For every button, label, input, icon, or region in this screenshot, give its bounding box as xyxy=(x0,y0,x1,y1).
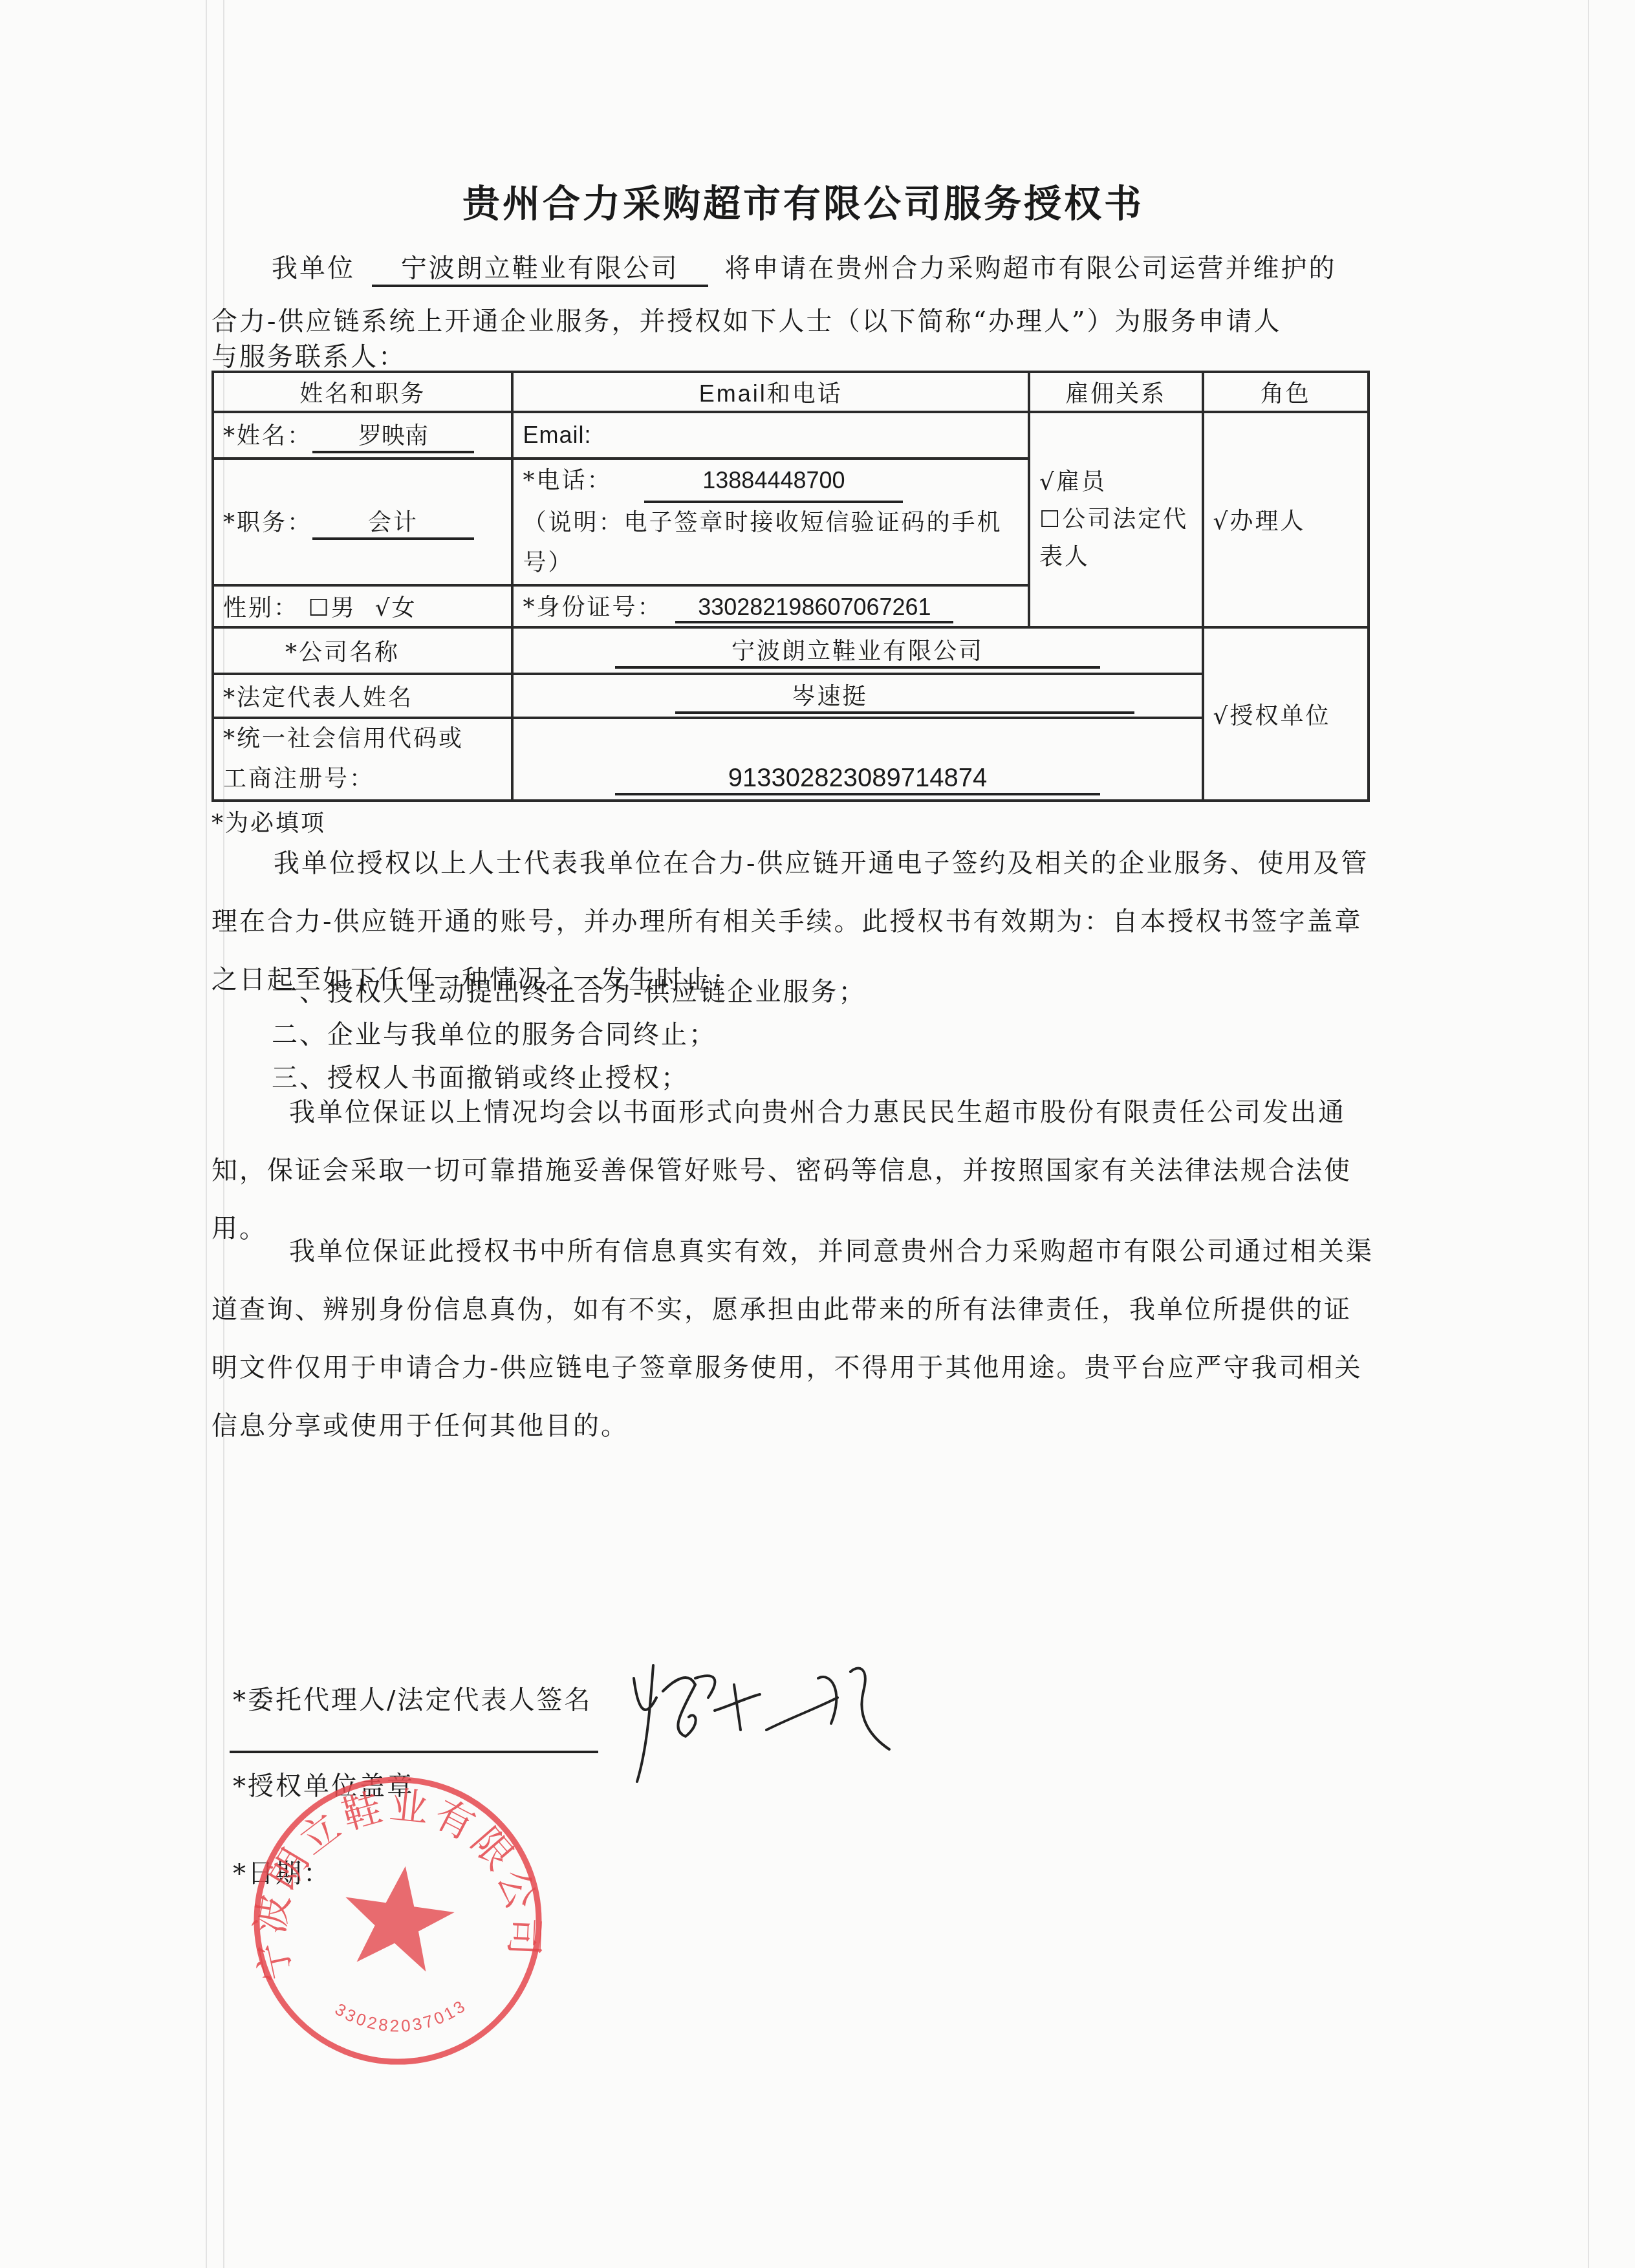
intro-company-field: 宁波朗立鞋业有限公司 xyxy=(372,248,708,287)
gender-label: 性别： xyxy=(223,595,299,621)
table-row: *法定代表人姓名 岑速挺 xyxy=(213,674,1369,718)
company-value: 宁波朗立鞋业有限公司 xyxy=(615,633,1100,669)
intro-prefix: 我单位 xyxy=(272,254,355,283)
legal-rep-label: *法定代表人姓名 xyxy=(213,674,512,718)
role-unit-cell: √授权单位 xyxy=(1203,627,1369,801)
email-cell: Email: xyxy=(512,412,1029,459)
email-label: Email: xyxy=(523,422,591,448)
document-title: 贵州合力采购超市有限公司服务授权书 xyxy=(462,173,1103,228)
intro-line-2: 合力-供应链系统上开通企业服务，并授权如下人士（以下简称“办理人”）为服务申请人 xyxy=(211,301,1281,338)
credit-code-cell: 91330282308971487​4 xyxy=(512,718,1202,801)
intro-line-1: 我单位 宁波朗立鞋业有限公司 将申请在贵州合力采购超市有限公司运营并维护的 xyxy=(272,248,1336,287)
signature-underline xyxy=(230,1751,598,1753)
applicant-table: 姓名和职务 Email和电话 雇佣关系 角色 *姓名：罗映南 Email: √雇… xyxy=(211,371,1370,802)
table-row: *统一社会信用代码或 工商注册号： 91330282308971487​4 xyxy=(213,718,1369,801)
company-cell: 宁波朗立鞋业有限公司 xyxy=(512,627,1202,674)
header-role: 角色 xyxy=(1203,372,1369,412)
position-cell: *职务：会计 xyxy=(213,459,512,585)
table-header-row: 姓名和职务 Email和电话 雇佣关系 角色 xyxy=(213,372,1369,412)
legal-rep-value: 岑速挺 xyxy=(675,678,1134,714)
name-value: 罗映南 xyxy=(312,418,474,453)
phone-value: 13884448700 xyxy=(644,460,903,503)
company-seal: 宁波朗立鞋业有限公司 3302820370133 xyxy=(249,1772,547,2069)
signature-label: *委托代理人/法定代表人签名 xyxy=(233,1679,592,1716)
role-agent: √办理人 xyxy=(1213,508,1306,535)
company-label: *公司名称 xyxy=(213,627,512,674)
gender-cell: 性别： ☐男 √女 xyxy=(213,585,512,627)
name-cell: *姓名：罗映南 xyxy=(213,412,512,459)
phone-note: （说明：电子签章时接收短信验证码的手机号） xyxy=(523,503,1019,583)
header-employment: 雇佣关系 xyxy=(1029,372,1203,412)
role-unit: √授权单位 xyxy=(1213,703,1331,729)
gender-female-check: √ xyxy=(375,595,392,621)
id-label: *身份证号： xyxy=(523,594,662,621)
header-email-phone: Email和电话 xyxy=(512,372,1029,412)
position-label: *职务： xyxy=(223,510,312,536)
phone-label: *电话： xyxy=(523,468,612,494)
role-agent-cell: √办理人 xyxy=(1203,412,1369,627)
condition-2: 二、企业与我单位的服务合同终止； xyxy=(272,1014,717,1051)
header-name-position: 姓名和职务 xyxy=(213,372,512,412)
position-value: 会计 xyxy=(312,504,474,540)
handwritten-signature xyxy=(624,1652,935,1788)
legal-rep-cell: 岑速挺 xyxy=(512,674,1202,718)
scan-artifact xyxy=(206,0,207,2268)
employment-option-legal-rep: ☐公司法定代表人 xyxy=(1039,501,1193,576)
condition-1: 一、授权人主动提出终止合力-供应链企业服务； xyxy=(272,971,867,1008)
intro-line1-rest: 将申请在贵州合力采购超市有限公司运营并维护的 xyxy=(724,254,1336,283)
name-label: *姓名： xyxy=(223,423,312,449)
table-row: *公司名称 宁波朗立鞋业有限公司 √授权单位 xyxy=(213,627,1369,674)
required-note: *为必填项 xyxy=(211,805,326,838)
paragraph-truthfulness: 我单位保证此授权书中所有信息真实有效，并同意贵州合力采购超市有限公司通过相关渠道… xyxy=(211,1222,1376,1455)
credit-code-value: 91330282308971487​4 xyxy=(615,764,1100,795)
table-row: *姓名：罗映南 Email: √雇员 ☐公司法定代表人 √办理人 xyxy=(213,412,1369,459)
credit-code-label: *统一社会信用代码或 工商注册号： xyxy=(213,718,512,801)
gender-male-checkbox: ☐ xyxy=(308,595,330,621)
phone-cell: *电话：13884448700 （说明：电子签章时接收短信验证码的手机号） xyxy=(512,459,1029,585)
intro-line-3: 与服务联系人： xyxy=(211,336,406,373)
employment-cell: √雇员 ☐公司法定代表人 xyxy=(1029,412,1203,627)
id-cell: *身份证号：330282198607067261 xyxy=(512,585,1029,627)
scan-artifact xyxy=(1588,0,1589,2268)
employment-option-employee: √雇员 xyxy=(1039,464,1193,501)
id-value: 330282198607067261 xyxy=(675,594,953,623)
